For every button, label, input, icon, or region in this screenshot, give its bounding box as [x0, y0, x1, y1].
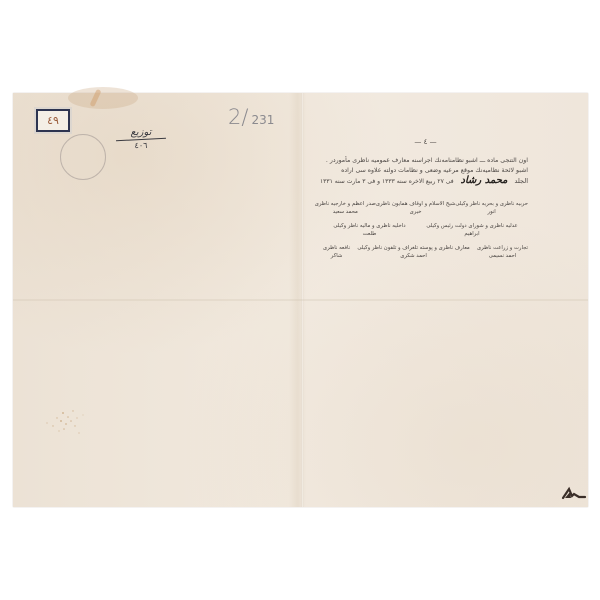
minister-name: محمد سعید: [315, 208, 376, 216]
archive-box-stamp: ٤٩: [36, 109, 70, 132]
decree-date: فی ۲۷ ربیع الاخره سنه ۱۳۳۳ و فی ۳ مارت س…: [320, 178, 454, 185]
decree-lead-word: الجلد: [514, 177, 528, 185]
sultan-signature: محمد رشاد: [461, 175, 508, 186]
foxing-spots: [33, 393, 93, 443]
minister-title: داخلیه ناظری و مالیه ناظر وکیلی: [333, 222, 405, 230]
faded-seal-stamp: [60, 134, 106, 180]
decree-text-block: — ٤ — اون التنجی ماده ـــ اشبو نظامنامه‌…: [323, 138, 528, 266]
pencil-archive-number: 2/231: [228, 105, 274, 129]
minister-entry: عدلیه ناظری و شورای دولت رئیس وکیلی ابرا…: [426, 222, 517, 238]
minister-title: حربیه ناظری و بحریه ناظر وکیلی: [455, 200, 528, 208]
minister-entry: صدر اعظم و خارجیه ناظری محمد سعید: [315, 200, 376, 216]
minister-entry: نافعه ناظری شاکر: [323, 244, 350, 260]
minister-title: معارف ناظری و پوسته تلغراف و تلفون ناظر …: [357, 244, 469, 252]
ink-mark: [561, 486, 587, 500]
body-line: اشبو لائحهٔ نظامیه‌نك موقع مرعیه وضعی و …: [323, 166, 528, 176]
ministers-row: تجارت و زراعت ناظری احمد نسیمی معارف ناظ…: [323, 244, 528, 260]
distribution-number: ٤٠٦: [116, 142, 166, 150]
minister-name: ابراهیم: [426, 230, 517, 238]
archive-number-main: 2/: [228, 105, 248, 129]
decree-signature-line: الجلد محمد رشاد فی ۲۷ ربیع الاخره سنه ۱۳…: [323, 175, 528, 188]
minister-name: احمد نسیمی: [477, 252, 528, 260]
ministers-signatures: حربیه ناظری و بحریه ناظر وکیلی انور شیخ …: [323, 200, 528, 260]
minister-name: خیری: [376, 208, 455, 216]
minister-entry: معارف ناظری و پوسته تلغراف و تلفون ناظر …: [357, 244, 469, 260]
minister-name: انور: [455, 208, 528, 216]
minister-title: نافعه ناظری: [323, 244, 350, 252]
horizontal-fold: [13, 299, 588, 301]
minister-entry: تجارت و زراعت ناظری احمد نسیمی: [477, 244, 528, 260]
minister-entry: شیخ الاسلام و اوقاف همایون ناظری خیری: [376, 200, 455, 216]
minister-title: شیخ الاسلام و اوقاف همایون ناظری: [376, 200, 455, 208]
distribution-note: توزیع ٤٠٦: [116, 128, 166, 150]
minister-name: احمد شکری: [357, 252, 469, 260]
minister-title: صدر اعظم و خارجیه ناظری: [315, 200, 376, 208]
ministers-row: عدلیه ناظری و شورای دولت رئیس وکیلی ابرا…: [323, 222, 528, 238]
minister-entry: داخلیه ناظری و مالیه ناظر وکیلی طلعت: [333, 222, 405, 238]
archive-number-sub: 231: [251, 113, 274, 127]
ministers-row: حربیه ناظری و بحریه ناظر وکیلی انور شیخ …: [323, 200, 528, 216]
stain: [68, 87, 138, 109]
minister-entry: حربیه ناظری و بحریه ناظر وکیلی انور: [455, 200, 528, 216]
page-number: — ٤ —: [323, 138, 528, 146]
distribution-word: توزیع: [116, 128, 166, 138]
document-sheet: ٤٩ توزیع ٤٠٦ 2/231 — ٤ — اون التنجی ماده…: [13, 93, 588, 507]
box-stamp-number: ٤٩: [38, 111, 68, 130]
minister-title: تجارت و زراعت ناظری: [477, 244, 528, 252]
minister-name: طلعت: [333, 230, 405, 238]
minister-title: عدلیه ناظری و شورای دولت رئیس وکیلی: [426, 222, 517, 230]
minister-name: شاکر: [323, 252, 350, 260]
body-line: اون التنجی ماده ـــ اشبو نظامنامه‌نك اجر…: [323, 156, 528, 166]
